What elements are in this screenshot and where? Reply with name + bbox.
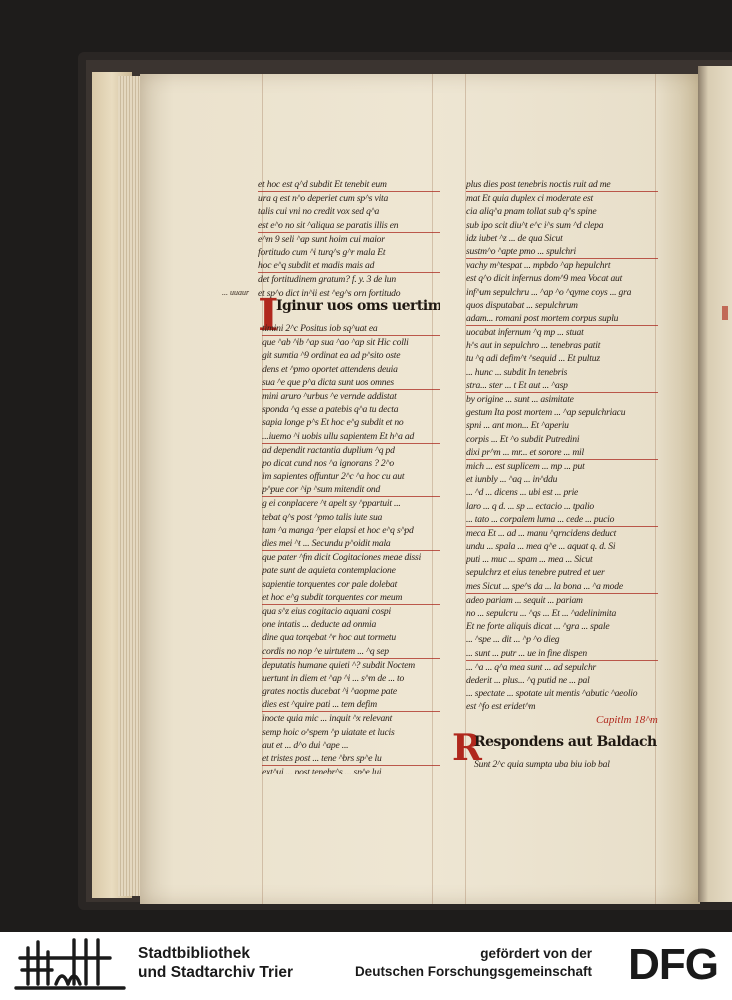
text-line: tam ^a manga ^per elapsi et hoc e^q s^pd	[262, 524, 440, 537]
text-line: im sapientes offuntur 2^c ^a hoc cu aut	[262, 470, 440, 483]
text-line: qua s^z eius cogitacio aquani cospi	[262, 605, 440, 618]
text-line: dine qua torqebat ^r hoc aut tormetu	[262, 631, 440, 644]
text-line: uertunt in diem et ^ap ^i ... s^m de ...…	[262, 672, 440, 685]
text-line: sapientie torquentes cor pale dolebat	[262, 578, 440, 591]
funding-line-1: gefördert von der	[355, 945, 592, 963]
text-line: talis cui vni no credit vox sed q^a	[258, 205, 440, 218]
text-line: by origine ... sunt ... asimitate	[466, 393, 658, 406]
text-line: hoc e^q subdit et madis mais ad	[258, 259, 440, 273]
text-line: mat Et quia duplex ci moderate est	[466, 192, 658, 205]
text-line: est ^fo est eridet^m	[466, 700, 658, 713]
section-incipit-left: Iginur uos oms uertimini et	[276, 298, 440, 314]
left-column-top: et hoc est q^d subdit Et tenebit eumura …	[258, 178, 440, 298]
section-incipit-right: Respondens aut Baldach	[474, 734, 674, 750]
text-line: tebat q^s post ^pmo talis iute sua	[262, 511, 440, 524]
text-line: adeo pariam ... sequit ... pariam	[466, 594, 658, 607]
text-line: grates noctis ducebat ^i ^aopme pate	[262, 685, 440, 698]
text-line: p^pue cor ^ip ^sum mitendit ond	[262, 483, 440, 497]
text-line: inocte quia mic ... inquit ^x relevant	[262, 712, 440, 725]
text-line: mini aruro ^urbus ^e vernde addistat	[262, 390, 440, 403]
text-line: dens et ^pmo oportet attendens deuia	[262, 363, 440, 376]
text-line: sapia longe p^s Et hoc e^g subdit et no	[262, 416, 440, 429]
text-line: adam... romani post mortem corpus suplu	[466, 312, 658, 326]
right-page-edge	[698, 66, 732, 902]
text-line: et sp^o dict in^ii est ^eg^s orn fortitu…	[258, 287, 440, 299]
red-mark	[722, 306, 728, 320]
text-line: vachy m^tespat ... mpbdo ^ap hepulchrt	[466, 259, 658, 272]
text-line: dies est ^quire pati ... tem defim	[262, 698, 440, 712]
text-line: fortitudo cum ^i turq^s g^r mala Et	[258, 246, 440, 259]
text-line: Et ne forte aliquis dicat ... ^gra ... s…	[466, 620, 658, 633]
text-line: pate sunt de aquieta contemplacione	[262, 564, 440, 577]
text-line: undu ... spala ... mea q^e ... aquat q. …	[466, 540, 658, 553]
text-line: mes Sicut ... spe^s da ... la bona ... ^…	[466, 580, 658, 594]
text-line: one intatis ... deducte ad onmia	[262, 618, 440, 631]
text-line: ...iuemo ^i uobis ullu sapientem Et h^a …	[262, 430, 440, 444]
text-line: deputatis humane quieti ^? subdit Noctem	[262, 659, 440, 672]
text-line: meca Et ... ad ... manu ^qrncidens deduc…	[466, 527, 658, 540]
text-line: puti ... muc ... spam ... mea ... Sicut	[466, 553, 658, 566]
text-line: ... ^a ... q^a mea sunt ... ad sepulchr	[466, 661, 658, 674]
text-line: no ... sepulcru ... ^qs ... Et ... ^adel…	[466, 607, 658, 620]
text-line: Sunt 2^c quia sumpta uba biu iob bal	[474, 758, 664, 771]
text-line: semp hoic o^spem ^p uiatate et lucis	[262, 726, 440, 739]
text-line: det fortitudinem gratum? f. y. 3 de lun	[258, 273, 440, 286]
text-line: ... ^spe ... dit ... ^p ^o dieg	[466, 633, 658, 646]
text-line: h^s aut in sepulchro ... tenebras patit	[466, 339, 658, 352]
text-line: corpis ... Et ^o subdit Putredini	[466, 433, 658, 446]
text-line: po dicat cund nos ^a ignorans ? 2^o	[262, 457, 440, 470]
text-line: spni ... ant mon... Et ^aperiu	[466, 419, 658, 432]
text-line: ad dependit ractantia duplium ^q pd	[262, 444, 440, 457]
left-column-body: timini 2^c Positus iob sq^uat eaque ^ab …	[262, 322, 440, 774]
text-line: sponda ^q esse a patebis q^a tu decta	[262, 403, 440, 416]
text-line: et hoc est q^d subdit Et tenebit eum	[258, 178, 440, 192]
right-column-last-line: Sunt 2^c quia sumpta uba biu iob bal	[474, 758, 664, 771]
manuscript-viewer: et hoc est q^d subdit Et tenebit eumura …	[0, 0, 732, 932]
text-line: dixi pr^m ... mr... et sorore ... mil	[466, 446, 658, 460]
text-line: mich ... est suplicem ... mp ... put	[466, 460, 658, 473]
footer-banner: Stadtbibliothek und Stadtarchiv Trier ge…	[0, 932, 732, 1000]
text-line: inf^um sepulchru ... ^ap ^o ^qyme coys .…	[466, 286, 658, 299]
dfg-logo: DFG	[628, 940, 718, 990]
text-line: timini 2^c Positus iob sq^uat ea	[262, 322, 440, 336]
text-line: ... sunt ... putr ... ue in fine dispen	[466, 647, 658, 661]
text-line: est q^o dicit infernus dom^9 mea Vocat a…	[466, 272, 658, 285]
text-line: que ^ab ^ib ^ap sua ^ao ^ap sit Hic coll…	[262, 336, 440, 349]
text-line: ext^ui ... post tenebr^s ... sp^e lui	[262, 766, 440, 774]
text-line: aut et ... d^o dui ^ape ...	[262, 739, 440, 752]
text-line: ... spectate ... spotate uit mentis ^abu…	[466, 687, 658, 700]
funding-line-2: Deutschen Forschungsgemeinschaft	[355, 963, 592, 981]
text-line: laro ... q d. ... sp ... ectacio ... tpa…	[466, 500, 658, 513]
text-line: et tristes post ... tene ^brs sp^e lu	[262, 752, 440, 766]
text-line: idz iubet ^z ... de qua Sicut	[466, 232, 658, 245]
text-line: plus dies post tenebris noctis ruit ad m…	[466, 178, 658, 192]
text-line: git sumtia ^9 ordinat ea ad p^sito oste	[262, 349, 440, 362]
text-line: est e^o no sit ^aliqua se paratis illis …	[258, 219, 440, 233]
text-line: que pater ^fm dicit Cogitaciones meae di…	[262, 551, 440, 564]
stadtbibliothek-logo-icon	[14, 938, 126, 994]
institution-line-1: Stadtbibliothek	[138, 944, 293, 963]
text-line: ... ^d ... dicens ... ubi est ... prie	[466, 486, 658, 499]
text-line: et hoc e^g subdit torquentes cor meum	[262, 591, 440, 605]
text-line: g ei conplacere ^t apelt sy ^ppartuit ..…	[262, 497, 440, 510]
text-line: dies mei ^t ... Secundu p^oidit mala	[262, 537, 440, 551]
text-line: e^m 9 seli ^ap sunt hoim cui maior	[258, 233, 440, 246]
text-line: et iunbly ... ^aq ... in^ddu	[466, 473, 658, 486]
text-line: cia aliq^a pnam tollat sub q^s spine	[466, 205, 658, 218]
text-line: quos disputabat ... sepulchrum	[466, 299, 658, 312]
text-line: ... tato ... corpalem luma ... cede ... …	[466, 513, 658, 527]
text-line: stra... ster ... t Et aut ... ^asp	[466, 379, 658, 393]
text-line: ... hunc ... subdit In tenebris	[466, 366, 658, 379]
text-line: ura q est n^o deperiet cum sp^s vita	[258, 192, 440, 205]
text-line: cordis no nop ^e uirtutem ... ^q sep	[262, 645, 440, 659]
text-line: sepulchrz et eius tenebre putred et uer	[466, 566, 658, 579]
funding-credit: gefördert von der Deutschen Forschungsge…	[355, 945, 592, 981]
text-line: sua ^e que p^a dicta sunt uos omnes	[262, 376, 440, 390]
right-column-body: plus dies post tenebris noctis ruit ad m…	[466, 178, 658, 726]
text-line: tu ^q adi defim^t ^sequid ... Et pultuz	[466, 352, 658, 365]
text-line: sustm^o ^apte pmo ... spulchri	[466, 245, 658, 259]
institution-line-2: und Stadtarchiv Trier	[138, 963, 293, 982]
text-line: gestum Ita post mortem ... ^ap sepulchri…	[466, 406, 658, 419]
margin-note: ... uuaur	[222, 288, 249, 297]
text-line: sub ipo scit diu^t e^c i^s sum ^d clepa	[466, 219, 658, 232]
text-line: dederit ... plus... ^q putid ne ... pal	[466, 674, 658, 687]
institution-name: Stadtbibliothek und Stadtarchiv Trier	[138, 944, 293, 982]
text-line: uocabat infernum ^q mp ... stuat	[466, 326, 658, 339]
chapter-rubric: Capitlm 18^m	[596, 714, 658, 726]
